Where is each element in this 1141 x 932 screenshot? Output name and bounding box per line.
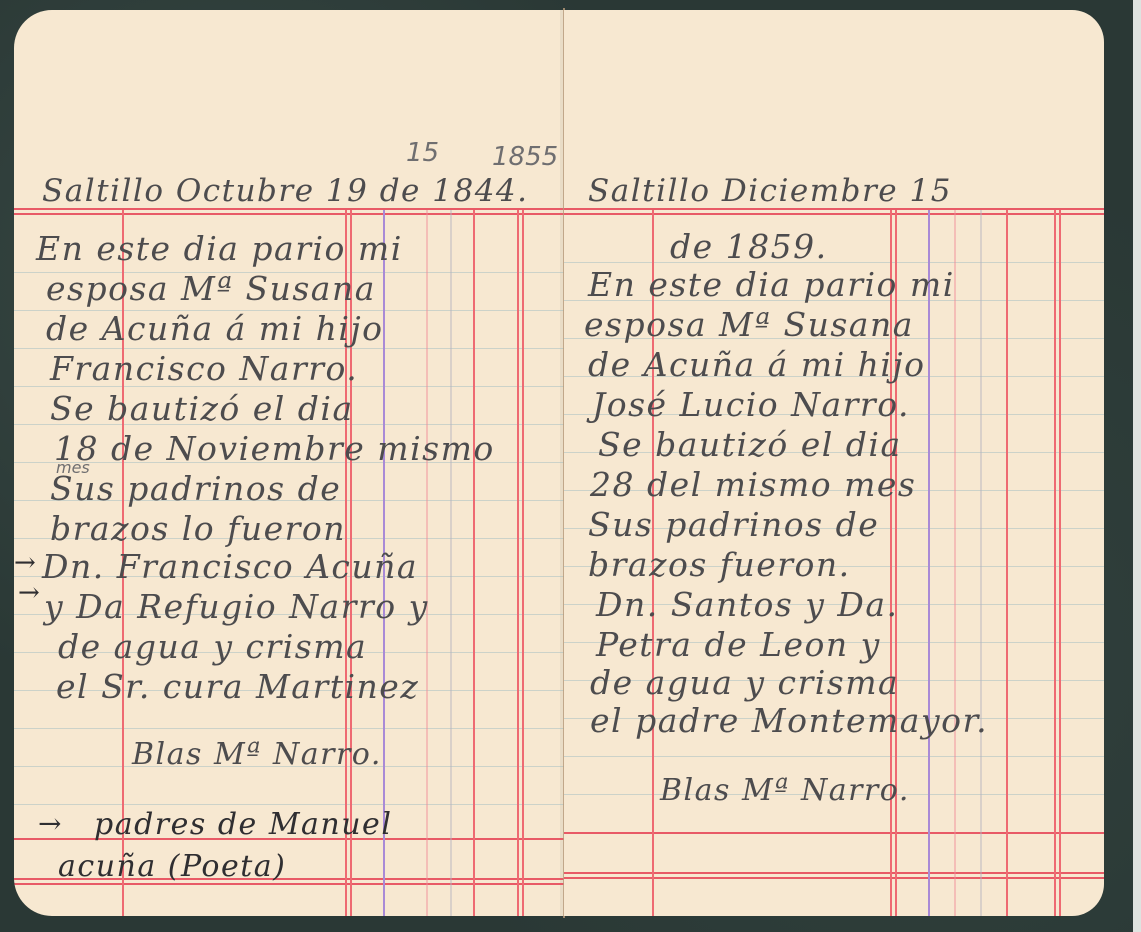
entry-header: de 1859.: [670, 230, 828, 263]
entry-line: Petra de Leon y: [596, 628, 881, 661]
entry-line: Dn. Francisco Acuña: [42, 550, 418, 583]
entry-line: Se bautizó el dia: [50, 392, 354, 425]
signature: Blas Mª Narro.: [132, 740, 382, 770]
entry-line: de Acuña á mi hijo: [588, 348, 926, 381]
entry-line: de agua y crisma: [58, 630, 367, 663]
entry-header: Saltillo Diciembre 15: [588, 176, 952, 207]
column-rule: [954, 210, 956, 916]
footnote-line: acuña (Poeta): [58, 852, 286, 882]
column-rule: [522, 210, 524, 916]
entry-line: el Sr. cura Martinez: [56, 670, 419, 703]
arrow-mark: →: [18, 580, 41, 606]
entry-line: 28 del mismo mes: [590, 468, 916, 501]
footer-rule: [564, 877, 1104, 879]
entry-line: de agua y crisma: [590, 666, 899, 699]
entry-line: de Acuña á mi hijo: [46, 312, 384, 345]
header-rule: [564, 213, 1104, 215]
entry-line: y Da Refugio Narro y: [44, 590, 429, 623]
ruled-line: [564, 262, 1104, 263]
entry-line: brazos lo fueron: [50, 512, 346, 545]
entry-header: Saltillo Octubre 19 de 1844.: [42, 176, 529, 207]
ruled-line: [14, 804, 564, 805]
entry-line: el padre Montemayor.: [590, 704, 988, 737]
footnote-line: padres de Manuel: [94, 810, 392, 840]
entry-line: brazos fueron.: [588, 548, 851, 581]
column-rule: [980, 210, 982, 916]
entry-line: esposa Mª Susana: [46, 272, 376, 305]
annotation-day: 15: [406, 138, 439, 168]
left-page: 15 1855 Saltillo Octubre 19 de 1844. En …: [14, 10, 564, 916]
column-rule: [928, 210, 930, 916]
entry-line: En este dia pario mi: [36, 232, 403, 265]
column-rule: [517, 210, 519, 916]
footer-rule: [564, 872, 1104, 874]
entry-line: 18 de Noviembre mismo: [54, 432, 495, 465]
annotation-year: 1855: [492, 142, 558, 172]
column-rule: [473, 210, 475, 916]
column-rule: [1054, 210, 1056, 916]
scan-edge: [1133, 0, 1141, 932]
entry-line: esposa Mª Susana: [584, 308, 914, 341]
signature: Blas Mª Narro.: [660, 776, 910, 806]
entry-line: Sus padrinos de: [50, 472, 341, 505]
entry-line: José Lucio Narro.: [592, 388, 910, 421]
ruled-line: [14, 728, 564, 729]
footer-rule: [564, 832, 1104, 834]
column-rule: [1006, 210, 1008, 916]
entry-line: Sus padrinos de: [588, 508, 879, 541]
entry-line: Francisco Narro.: [50, 352, 358, 385]
footnote-arrow: →: [38, 810, 63, 838]
arrow-mark: →: [14, 550, 37, 576]
column-rule: [450, 210, 452, 916]
header-rule: [14, 213, 564, 215]
entry-line: Se bautizó el dia: [598, 428, 902, 461]
right-page: Saltillo Diciembre 15 de 1859. En este d…: [564, 10, 1104, 916]
entry-line: Dn. Santos y Da.: [596, 588, 899, 621]
column-rule: [1059, 210, 1061, 916]
ruled-line: [564, 756, 1104, 757]
entry-line: En este dia pario mi: [588, 268, 955, 301]
column-rule: [426, 210, 428, 916]
